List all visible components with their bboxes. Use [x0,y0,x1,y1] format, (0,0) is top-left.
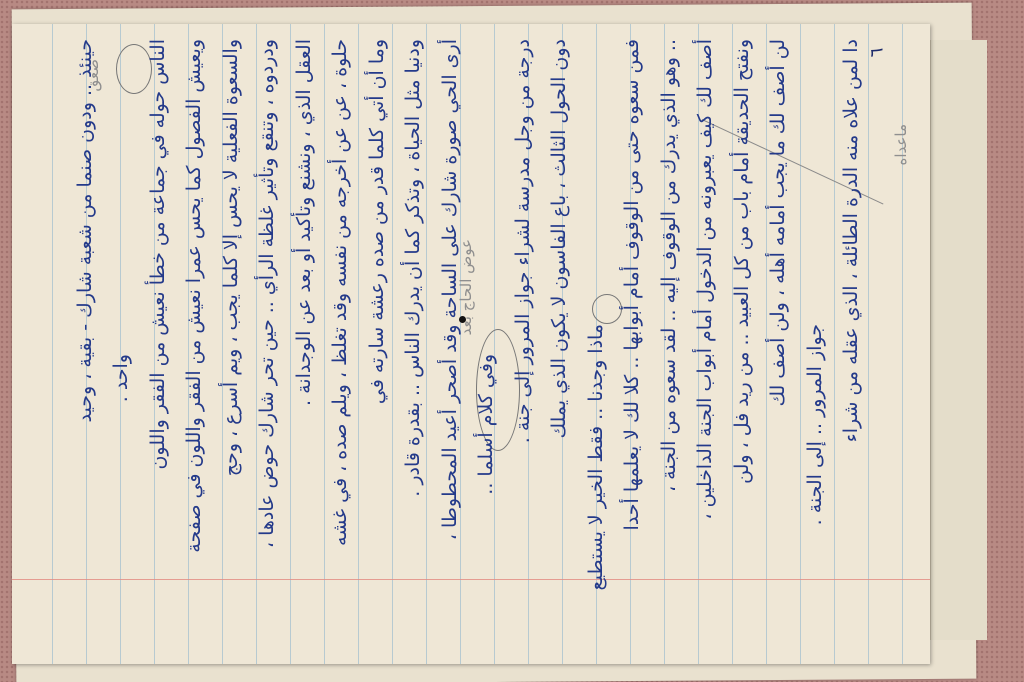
handwritten-line: الناس حوله في جماعة من خطأ نعيش من الفقر… [149,39,168,470]
handwritten-line: ودردوه ، وتنقع وتأثير غلظة الرأي .. حين … [258,39,277,548]
handwritten-line: واحد . [112,354,131,402]
ruled-line [392,24,393,664]
pencil-circle [592,294,622,324]
notebook-page: ٦ ماعداه عوض الحاج بعد صعق دا لمن علاه م… [12,24,930,664]
protruding-paper-tab [930,40,987,640]
pencil-margin-note: ماعداه [892,124,910,165]
handwritten-line: ويعيش الفصول كما يحس عمرا نعيش من الفقر … [185,39,204,553]
ruled-line [834,24,835,664]
handwritten-line: أرى الحي صورة شارك على الساحة وقد أصحر أ… [441,39,460,540]
ruled-line [902,24,903,664]
handwritten-line: فمن سعوه حتى من الوقوف أمام أبوابها .. ك… [623,39,642,530]
handwritten-line: العقل الذي ، ونشنع وتأكيد أو بعد عن الوج… [295,39,314,406]
handwritten-line: وما أن أتي كلما قدر من صده رعشة سارته في [368,39,387,404]
page-number: ٦ [866,48,887,58]
ruled-line [868,24,869,664]
handwritten-line: دا لمن علاه منه الدرة الطائلة ، الذي عقل… [842,39,861,442]
ruled-line [52,24,53,664]
handwritten-line: حينئذ .. ودون صنما من شعبة شارك - بقية ،… [76,39,95,422]
ruled-line [324,24,325,664]
handwritten-line: وفي كلام أسلما .. [477,354,496,495]
handwritten-line: ونفتح الحديقة أمام باب من كل العبيد .. م… [733,39,752,484]
handwritten-line: ماذا وجدنا .. فقط الخير لا يستطيع [587,324,606,591]
ruled-line [426,24,427,664]
ruled-line [120,24,121,664]
handwritten-line: أصف لك كيف يعبرونه من الدخول أمام أبواب … [696,39,715,520]
handwritten-line: دون الحول الثالث ، باع الفاسون لا يكون ا… [550,39,569,439]
handwritten-line: .. وهو الذي يدرك من الوقوف إليه .. لقد س… [660,39,679,492]
handwritten-line: حلوة ، عن عن أخرجه من نفسه وقد تغلظ ، وي… [331,39,350,546]
margin-line [12,579,930,580]
handwritten-line: لن أصف لك ما يجب أمامه أهله ، ولن أصف لك [769,39,788,407]
handwritten-line: ودنيا مثل الحياة ، وتذكر كما أن يدرك الن… [404,39,423,497]
handwritten-line: درجة من وجل مدرسة لشراء جواز المرور إلى … [514,39,533,443]
ruled-line [290,24,291,664]
handwritten-line: والسعوة الفعلية لا يحس إلا كلما يجب ، وي… [222,39,241,476]
handwritten-line: جواز المرور .. إلى الجنة . [806,324,825,525]
ruled-line [358,24,359,664]
ruled-line [800,24,801,664]
